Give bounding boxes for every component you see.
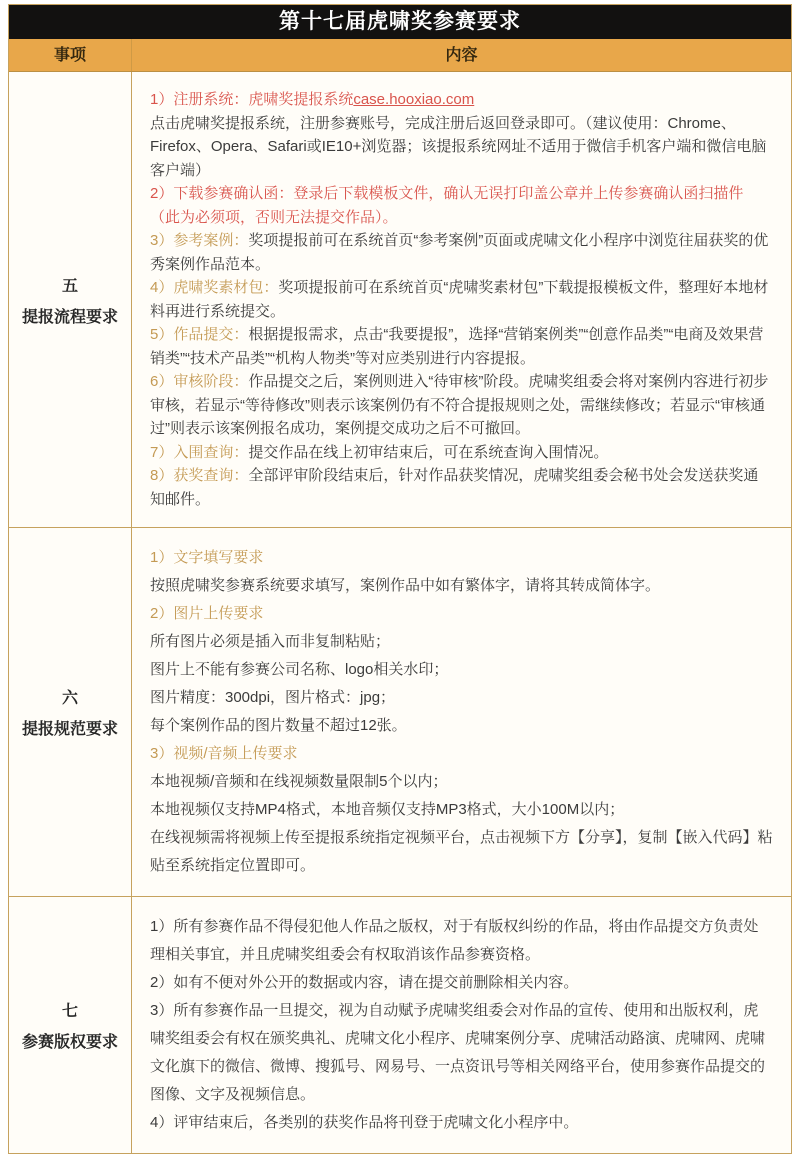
text-segment: 1）注册系统：虎啸奖提报系统 xyxy=(150,91,353,108)
item-title: 参赛版权要求 xyxy=(22,1029,118,1052)
page-title: 第十七届虎啸奖参赛要求 xyxy=(9,5,791,39)
text-segment: 6）审核阶段： xyxy=(150,373,248,390)
content-paragraph: 4）评审结束后，各类别的获奖作品将刊登于虎啸文化小程序中。 xyxy=(150,1109,773,1137)
text-segment: 本地视频仅支持MP4格式，本地音频仅支持MP3格式，大小100M以内； xyxy=(150,801,624,818)
content-paragraph: 点击虎啸奖提报系统，注册参赛账号，完成注册后返回登录即可。（建议使用：Chrom… xyxy=(150,112,773,183)
content-paragraph: 3）参考案例：奖项提报前可在系统首页“参考案例”页面或虎啸文化小程序中浏览往届获… xyxy=(150,229,773,276)
text-segment: 2）下载参赛确认函：登录后下载模板文件，确认无误打印盖公章并上传参赛确认函扫描件… xyxy=(150,185,743,226)
item-number: 五 xyxy=(62,273,78,296)
table-body: 五提报流程要求1）注册系统：虎啸奖提报系统case.hooxiao.com点击虎… xyxy=(9,72,791,1153)
item-cell: 六提报规范要求 xyxy=(9,528,132,896)
item-number: 七 xyxy=(62,998,78,1021)
content-paragraph: 图片精度：300dpi，图片格式：jpg； xyxy=(150,684,773,712)
content-paragraph: 本地视频仅支持MP4格式，本地音频仅支持MP3格式，大小100M以内； xyxy=(150,796,773,824)
text-segment: 8）获奖查询： xyxy=(150,467,248,484)
item-cell: 七参赛版权要求 xyxy=(9,897,132,1153)
content-paragraph: 3）视频/音频上传要求 xyxy=(150,740,773,768)
content-cell: 1）注册系统：虎啸奖提报系统case.hooxiao.com点击虎啸奖提报系统，… xyxy=(132,72,791,527)
text-segment: 5）作品提交： xyxy=(150,326,248,343)
text-segment: 图片上不能有参赛公司名称、logo相关水印； xyxy=(150,661,448,678)
text-segment: 按照虎啸奖参赛系统要求填写，案例作品中如有繁体字，请将其转成简体字。 xyxy=(150,577,660,594)
text-segment: 在线视频需将视频上传至提报系统指定视频平台，点击视频下方【分享】，复制【嵌入代码… xyxy=(150,829,773,874)
content-paragraph: 2）图片上传要求 xyxy=(150,600,773,628)
text-segment: 所有图片必须是插入而非复制粘贴； xyxy=(150,633,390,650)
content-paragraph: 图片上不能有参赛公司名称、logo相关水印； xyxy=(150,656,773,684)
content-paragraph: 3）所有参赛作品一旦提交，视为自动赋予虎啸奖组委会对作品的宣传、使用和出版权利，… xyxy=(150,997,773,1109)
item-title: 提报流程要求 xyxy=(22,304,118,327)
item-cell: 五提报流程要求 xyxy=(9,72,132,527)
text-segment: 3）参考案例： xyxy=(150,232,248,249)
text-segment: 1）文字填写要求 xyxy=(150,549,263,566)
content-paragraph: 1）注册系统：虎啸奖提报系统case.hooxiao.com xyxy=(150,88,773,112)
content-paragraph: 按照虎啸奖参赛系统要求填写，案例作品中如有繁体字，请将其转成简体字。 xyxy=(150,572,773,600)
table-row: 七参赛版权要求1）所有参赛作品不得侵犯他人作品之版权，对于有版权纠纷的作品，将由… xyxy=(9,897,791,1153)
content-paragraph: 8）获奖查询：全部评审阶段结束后，针对作品获奖情况，虎啸奖组委会秘书处会发送获奖… xyxy=(150,464,773,511)
text-segment: 3）视频/音频上传要求 xyxy=(150,745,298,762)
item-number: 六 xyxy=(62,685,78,708)
text-segment: 图片精度：300dpi，图片格式：jpg； xyxy=(150,689,395,706)
content-paragraph: 2）如有不便对外公开的数据或内容，请在提交前删除相关内容。 xyxy=(150,969,773,997)
text-segment: 点击虎啸奖提报系统，注册参赛账号，完成注册后返回登录即可。（建议使用：Chrom… xyxy=(150,115,766,179)
content-cell: 1）文字填写要求按照虎啸奖参赛系统要求填写，案例作品中如有繁体字，请将其转成简体… xyxy=(132,528,791,896)
content-paragraph: 所有图片必须是插入而非复制粘贴； xyxy=(150,628,773,656)
text-segment: 提交作品在线上初审结束后，可在系统查询入围情况。 xyxy=(248,444,608,461)
table-header-row: 事项 内容 xyxy=(9,39,791,72)
requirements-table: 第十七届虎啸奖参赛要求 事项 内容 五提报流程要求1）注册系统：虎啸奖提报系统c… xyxy=(8,4,792,1154)
content-paragraph: 4）虎啸奖素材包：奖项提报前可在系统首页“虎啸奖素材包”下载提报模板文件，整理好… xyxy=(150,276,773,323)
text-segment: 2）图片上传要求 xyxy=(150,605,263,622)
text-segment: 1）所有参赛作品不得侵犯他人作品之版权，对于有版权纠纷的作品，将由作品提交方负责… xyxy=(150,918,758,963)
text-segment: 4）虎啸奖素材包： xyxy=(150,279,278,296)
content-paragraph: 本地视频/音频和在线视频数量限制5个以内； xyxy=(150,768,773,796)
text-segment: 本地视频/音频和在线视频数量限制5个以内； xyxy=(150,773,448,790)
table-row: 六提报规范要求1）文字填写要求按照虎啸奖参赛系统要求填写，案例作品中如有繁体字，… xyxy=(9,528,791,897)
text-segment: 2）如有不便对外公开的数据或内容，请在提交前删除相关内容。 xyxy=(150,974,578,991)
text-segment: 3）所有参赛作品一旦提交，视为自动赋予虎啸奖组委会对作品的宣传、使用和出版权利，… xyxy=(150,1002,765,1103)
content-cell: 1）所有参赛作品不得侵犯他人作品之版权，对于有版权纠纷的作品，将由作品提交方负责… xyxy=(132,897,791,1153)
header-col-content: 内容 xyxy=(132,39,791,71)
submission-site-link[interactable]: case.hooxiao.com xyxy=(353,91,474,108)
content-paragraph: 每个案例作品的图片数量不超过12张。 xyxy=(150,712,773,740)
text-segment: 7）入围查询： xyxy=(150,444,248,461)
content-paragraph: 在线视频需将视频上传至提报系统指定视频平台，点击视频下方【分享】，复制【嵌入代码… xyxy=(150,824,773,880)
content-paragraph: 5）作品提交：根据提报需求，点击“我要提报”，选择“营销案例类”“创意作品类”“… xyxy=(150,323,773,370)
content-paragraph: 1）文字填写要求 xyxy=(150,544,773,572)
item-title: 提报规范要求 xyxy=(22,716,118,739)
header-col-item: 事项 xyxy=(9,39,132,71)
table-row: 五提报流程要求1）注册系统：虎啸奖提报系统case.hooxiao.com点击虎… xyxy=(9,72,791,528)
content-paragraph: 6）审核阶段：作品提交之后，案例则进入“待审核”阶段。虎啸奖组委会将对案例内容进… xyxy=(150,370,773,441)
content-paragraph: 1）所有参赛作品不得侵犯他人作品之版权，对于有版权纠纷的作品，将由作品提交方负责… xyxy=(150,913,773,969)
content-paragraph: 7）入围查询：提交作品在线上初审结束后，可在系统查询入围情况。 xyxy=(150,441,773,465)
text-segment: 4）评审结束后，各类别的获奖作品将刊登于虎啸文化小程序中。 xyxy=(150,1114,578,1131)
content-paragraph: 2）下载参赛确认函：登录后下载模板文件，确认无误打印盖公章并上传参赛确认函扫描件… xyxy=(150,182,773,229)
text-segment: 每个案例作品的图片数量不超过12张。 xyxy=(150,717,407,734)
